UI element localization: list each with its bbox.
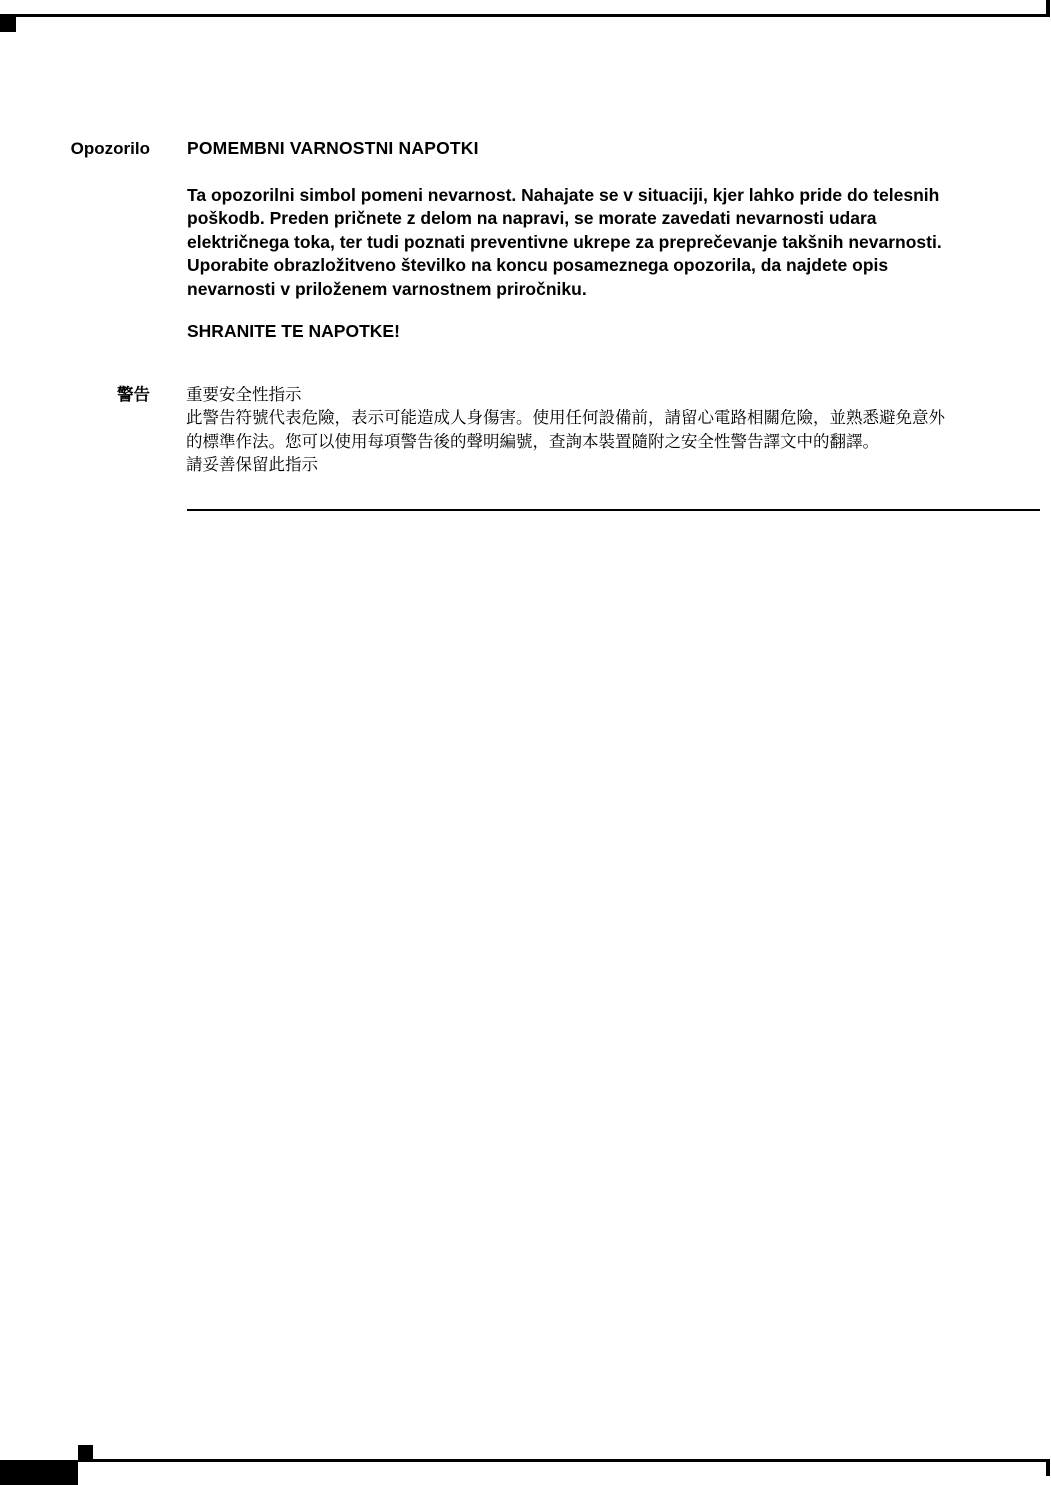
- section-divider: [187, 509, 1040, 511]
- warning-body-slovenian: Ta opozorilni simbol pomeni nevarnost. N…: [187, 184, 1027, 301]
- header-rule: [0, 14, 1050, 17]
- warning-body-line: 的標準作法。您可以使用每項警告後的聲明編號，查詢本裝置隨附之安全性警告譯文中的翻…: [186, 431, 1046, 454]
- warning-body-line: Ta opozorilni simbol pomeni nevarnost. N…: [187, 184, 1027, 207]
- header-left-registration-mark: [0, 17, 16, 32]
- warning-title-slovenian: POMEMBNI VARNOSTNI NAPOTKI: [187, 137, 479, 160]
- warning-body-line: 請妥善保留此指示: [186, 454, 1046, 477]
- warning-body-line: poškodb. Preden pričnete z delom na napr…: [187, 207, 1027, 230]
- header-right-crop-mark: [1046, 0, 1050, 16]
- warning-body-line: 重要安全性指示: [186, 384, 1046, 407]
- warning-body-line: 此警告符號代表危險，表示可能造成人身傷害。使用任何設備前，請留心電路相關危險，並…: [186, 407, 1046, 430]
- warning-label-slovenian: Opozorilo: [0, 137, 150, 160]
- warning-body-line: Uporabite obrazložitveno številko na kon…: [187, 254, 1027, 277]
- footer-registration-mark: [78, 1445, 93, 1460]
- warning-body-line: nevarnosti v priloženem varnostnem priro…: [187, 278, 1027, 301]
- warning-footer-slovenian: SHRANITE TE NAPOTKE!: [187, 320, 400, 343]
- footer-right-crop-mark: [1046, 1460, 1050, 1476]
- warning-body-chinese: 重要安全性指示 此警告符號代表危險，表示可能造成人身傷害。使用任何設備前，請留心…: [186, 384, 1046, 478]
- footer-left-block: [0, 1460, 78, 1485]
- warning-body-line: električnega toka, ter tudi poznati prev…: [187, 231, 1027, 254]
- document-page: Opozorilo POMEMBNI VARNOSTNI NAPOTKI Ta …: [0, 0, 1051, 1485]
- footer-rule: [78, 1459, 1050, 1462]
- warning-label-chinese: 警告: [0, 384, 150, 407]
